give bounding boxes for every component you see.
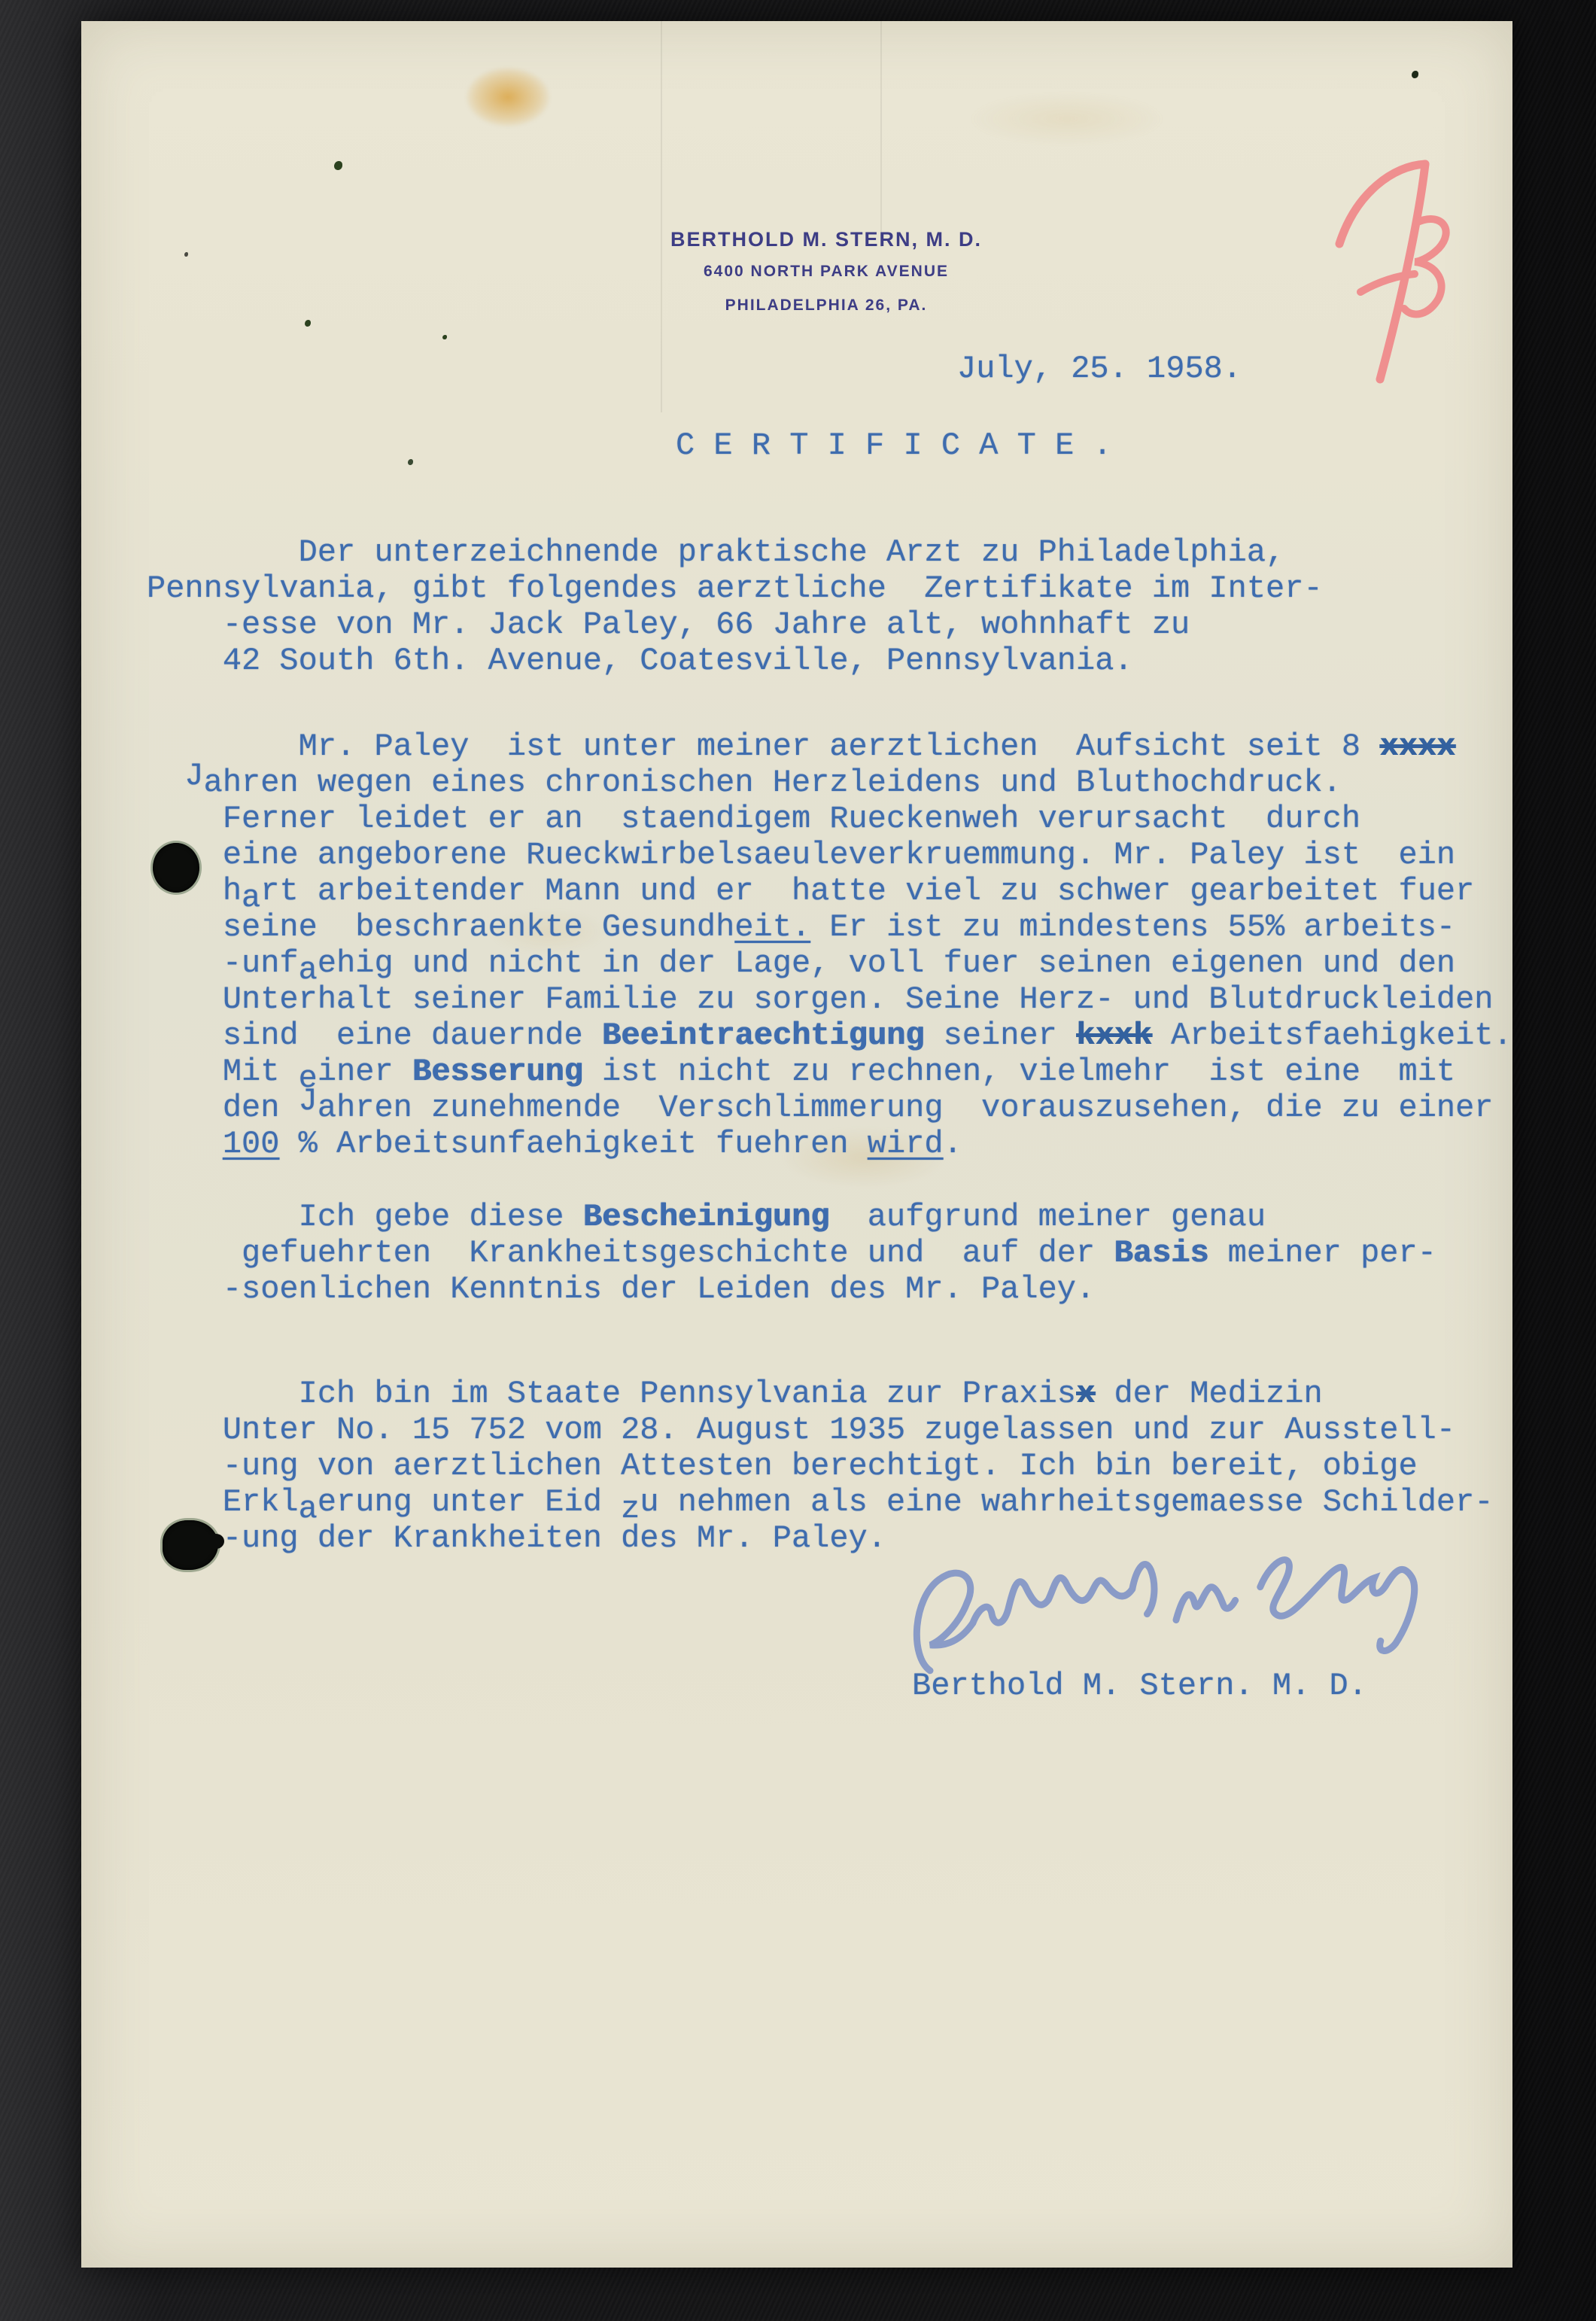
typed-line: Unter No. 15 752 vom 28. August 1935 zug…: [147, 1412, 1546, 1448]
typed-line: -unfaehig und nicht in der Lage, voll fu…: [147, 945, 1546, 981]
date-line: July, 25. 1958.: [957, 351, 1242, 387]
typed-line: -soenlichen Kenntnis der Leiden des Mr. …: [147, 1271, 1546, 1307]
typed-line: -ung von aerztlichen Attesten berechtigt…: [147, 1448, 1546, 1484]
typed-line: gefuehrten Krankheitsgeschichte und auf …: [147, 1235, 1546, 1271]
handwritten-red-mark-73: [1332, 148, 1467, 388]
paper-speck: [408, 459, 413, 465]
typed-line: eine angeborene Rueckwirbelsaeuleverkrue…: [147, 837, 1546, 873]
typed-line: Ferner leidet er an staendigem Rueckenwe…: [147, 801, 1546, 837]
typed-line: Erklaerung unter Eid zu nehmen als eine …: [147, 1484, 1546, 1520]
document-title: C E R T I F I C A T E .: [676, 427, 1112, 464]
typed-line: Ich bin im Staate Pennsylvania zur Praxi…: [147, 1376, 1546, 1412]
typed-line: sind eine dauernde Beeintraechtigung sei…: [147, 1018, 1546, 1054]
paragraph: Mr. Paley ist unter meiner aerztlichen A…: [147, 729, 1546, 1162]
typed-line: Mr. Paley ist unter meiner aerztlichen A…: [147, 729, 1546, 765]
typed-body: Der unterzeichnende praktische Arzt zu P…: [147, 534, 1546, 1556]
document-page: BERTHOLD M. STERN, M. D. 6400 NORTH PARK…: [81, 21, 1512, 2268]
paper-speck: [305, 320, 311, 327]
typed-line: Der unterzeichnende praktische Arzt zu P…: [147, 534, 1546, 570]
paragraph: Ich bin im Staate Pennsylvania zur Praxi…: [147, 1376, 1546, 1556]
paper-stain: [467, 68, 549, 126]
typed-line: 42 South 6th. Avenue, Coatesville, Penns…: [147, 643, 1546, 679]
signature-typed-name: Berthold M. Stern. M. D.: [912, 1668, 1367, 1704]
typed-line: 100 % Arbeitsunfaehigkeit fuehren wird.: [147, 1126, 1546, 1162]
typed-line: hart arbeitender Mann und er hatte viel …: [147, 873, 1546, 909]
letterhead-city: PHILADELPHIA 26, PA.: [503, 288, 1150, 322]
letterhead-name: BERTHOLD M. STERN, M. D.: [503, 224, 1150, 254]
letterhead-address: 6400 NORTH PARK AVENUE: [503, 254, 1150, 288]
typed-line: Mit einer Besserung ist nicht zu rechnen…: [147, 1054, 1546, 1090]
typed-line: seine beschraenkte Gesundheit. Er ist zu…: [147, 909, 1546, 945]
typed-line: Unterhalt seiner Familie zu sorgen. Sein…: [147, 981, 1546, 1018]
paper-speck: [334, 161, 342, 170]
letterhead: BERTHOLD M. STERN, M. D. 6400 NORTH PARK…: [503, 224, 1150, 322]
paper-speck: [442, 335, 447, 339]
typed-line: Jahren wegen eines chronischen Herzleide…: [147, 765, 1546, 801]
paragraph: Der unterzeichnende praktische Arzt zu P…: [147, 534, 1546, 679]
typed-line: den Jahren zunehmende Verschlimmerung vo…: [147, 1090, 1546, 1126]
paper-speck: [184, 252, 188, 257]
typed-line: Pennsylvania, gibt folgendes aerztliche …: [147, 570, 1546, 607]
paragraph: Ich gebe diese Bescheinigung aufgrund me…: [147, 1199, 1546, 1307]
typed-line: -esse von Mr. Jack Paley, 66 Jahre alt, …: [147, 607, 1546, 643]
paper-speck: [1412, 71, 1418, 78]
paper-stain: [969, 93, 1165, 145]
typed-line: Ich gebe diese Bescheinigung aufgrund me…: [147, 1199, 1546, 1235]
paper-crease: [880, 21, 882, 247]
paper-crease: [661, 21, 662, 412]
